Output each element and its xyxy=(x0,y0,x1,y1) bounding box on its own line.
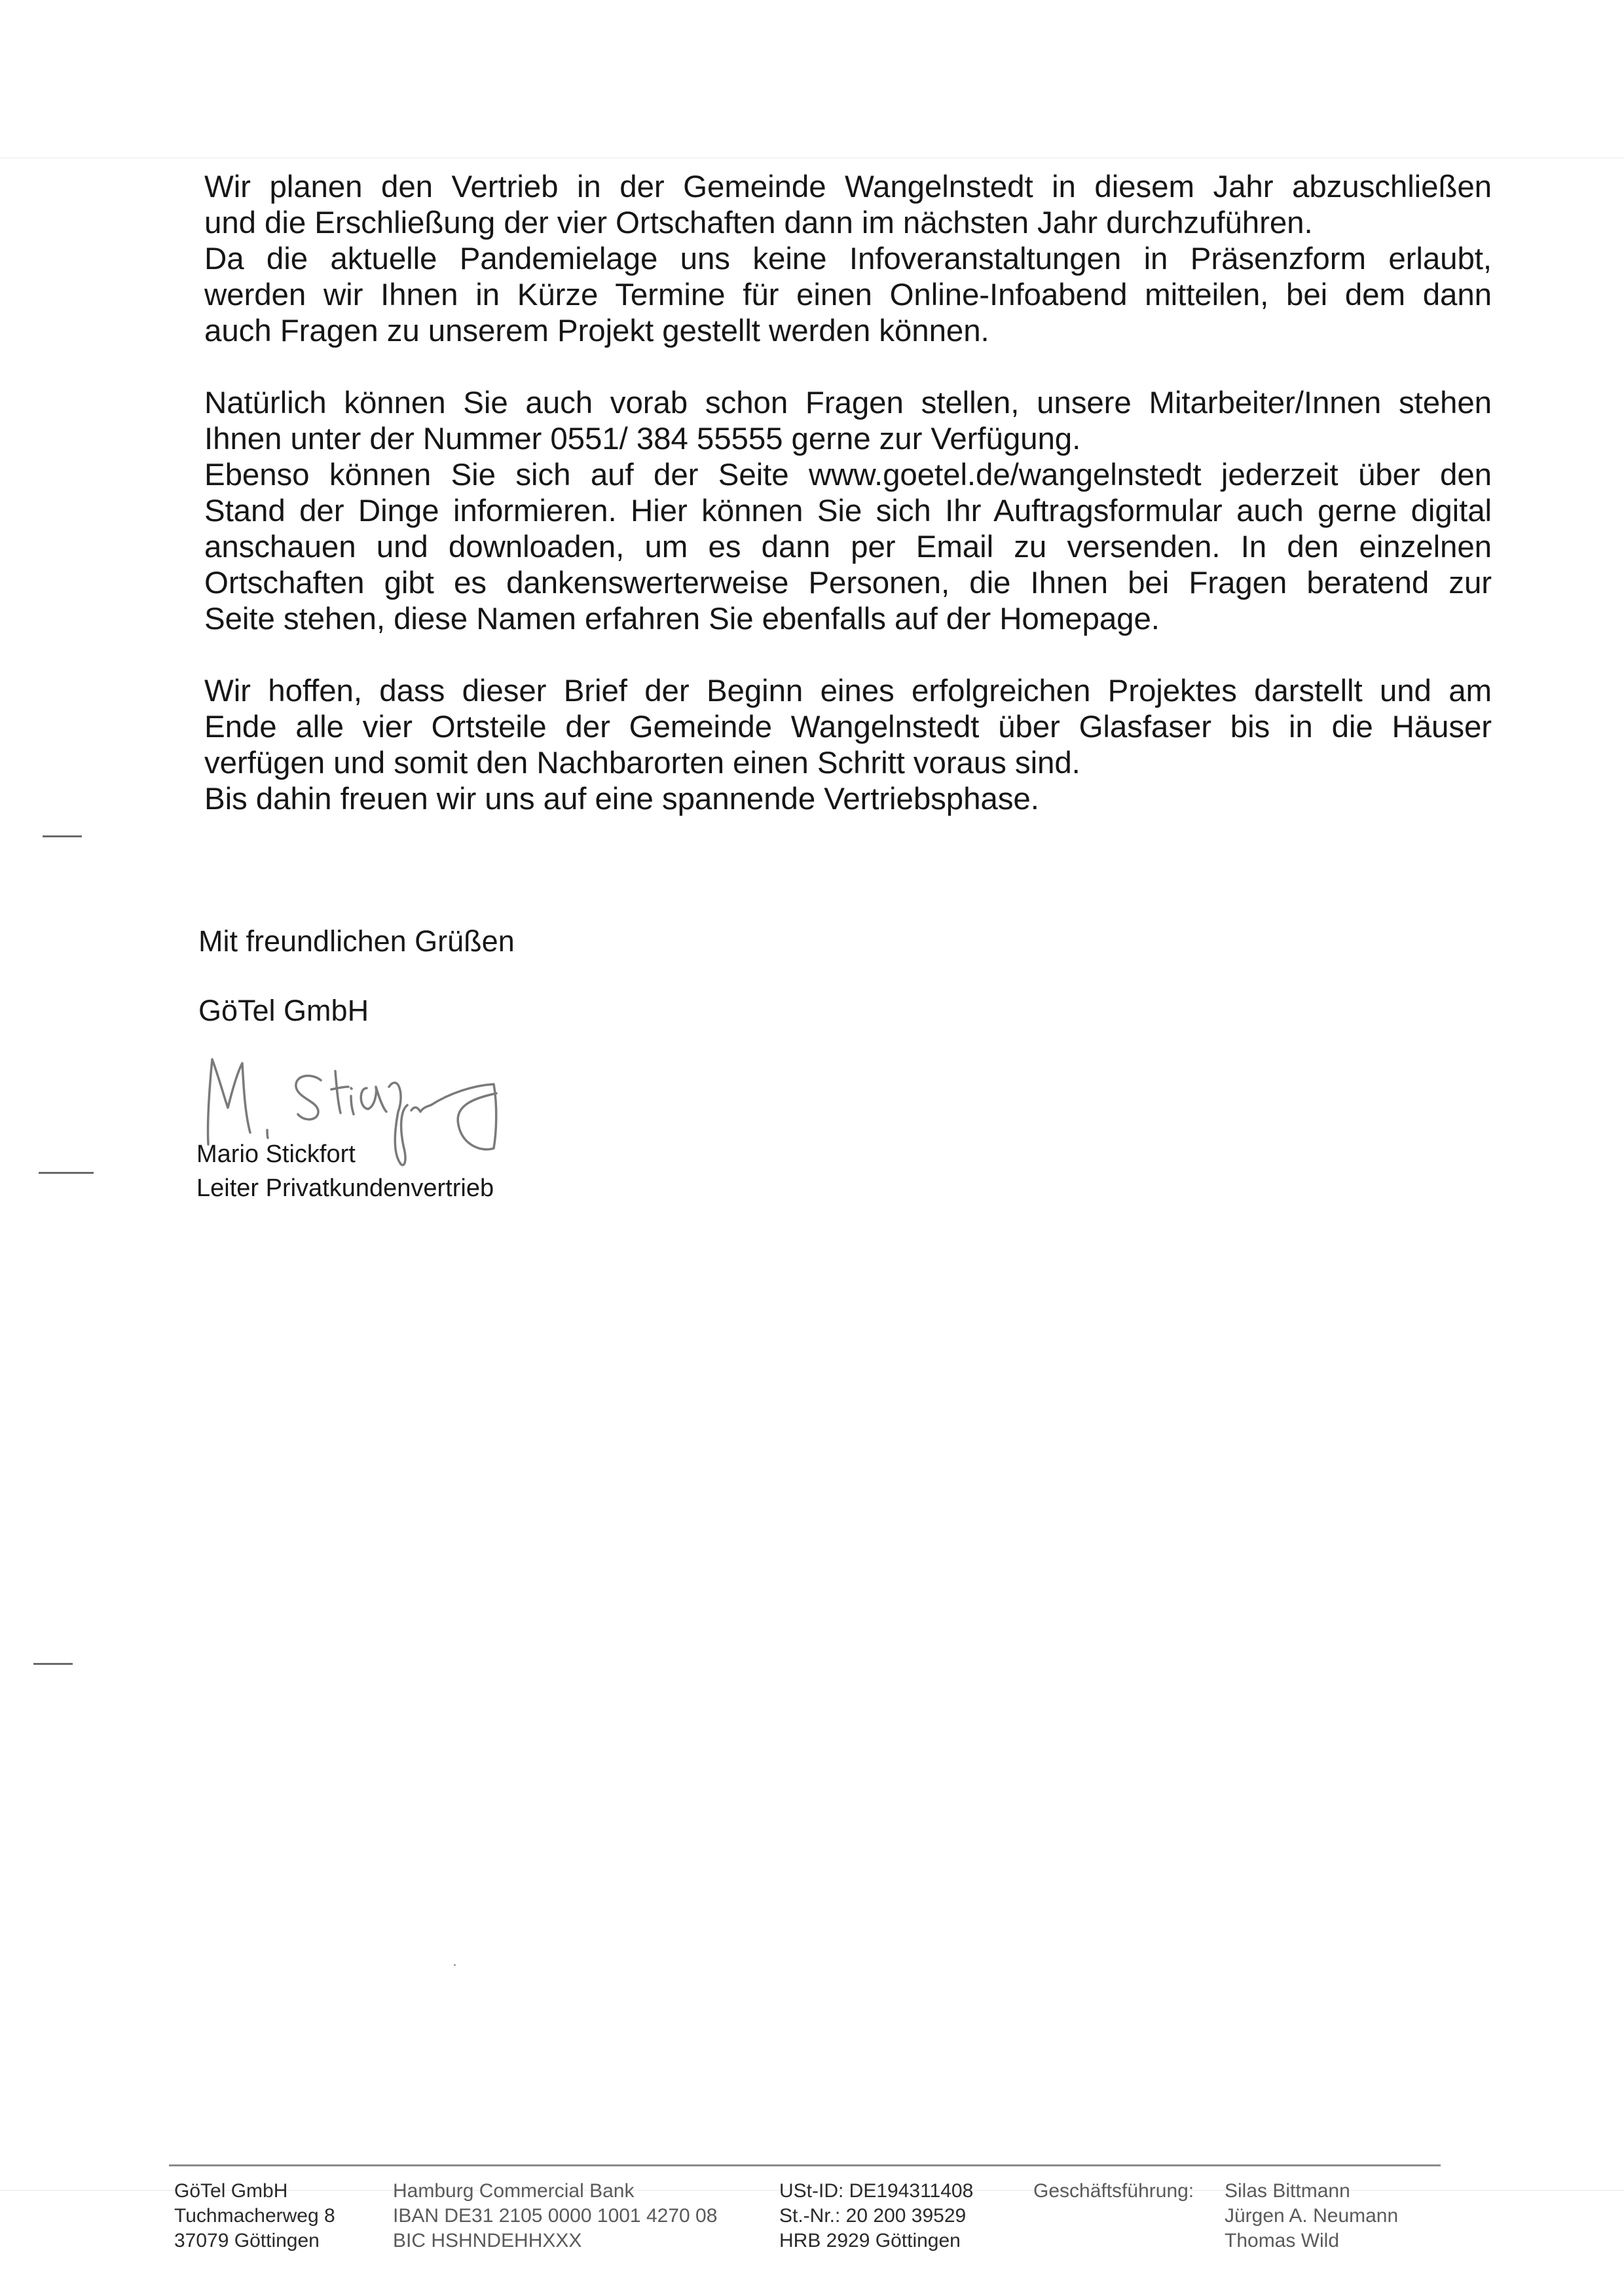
text-line: Ebenso können Sie sich auf der Seite www… xyxy=(204,457,1492,493)
signer-name: Mario Stickfort xyxy=(196,1140,356,1169)
footer-management-label: Geschäftsführung: xyxy=(1033,2179,1194,2204)
footer-bank-details: Hamburg Commercial Bank IBAN DE31 2105 0… xyxy=(393,2179,717,2253)
footer-street: Tuchmacherweg 8 xyxy=(174,2204,335,2229)
text-line: auch Fragen zu unserem Projekt gestellt … xyxy=(204,313,1492,349)
footer-management: Silas Bittmann Jürgen A. Neumann Thomas … xyxy=(1225,2179,1398,2253)
text-line: anschauen und downloaden, um es dann per… xyxy=(204,529,1492,565)
text-line: und die Erschließung der vier Ortschafte… xyxy=(204,205,1492,241)
manager-name: Silas Bittmann xyxy=(1225,2179,1398,2204)
paragraph-1: Wir planen den Vertrieb in der Gemeinde … xyxy=(204,169,1492,349)
paragraph-3: Wir hoffen, dass dieser Brief der Beginn… xyxy=(204,673,1492,817)
text-line: Stand der Dinge informieren. Hier können… xyxy=(204,493,1492,529)
text-line: Ende alle vier Ortsteile der Gemeinde Wa… xyxy=(204,709,1492,745)
closing-salutation: Mit freundlichen Grüßen xyxy=(198,924,515,958)
manager-name: Jürgen A. Neumann xyxy=(1225,2204,1398,2229)
text-line: verfügen und somit den Nachbarorten eine… xyxy=(204,745,1492,781)
scan-speck xyxy=(454,1964,456,1966)
footer-city: 37079 Göttingen xyxy=(174,2229,335,2253)
footer-registry: USt-ID: DE194311408 St.-Nr.: 20 200 3952… xyxy=(779,2179,973,2253)
footer-tax-number: St.-Nr.: 20 200 39529 xyxy=(779,2204,973,2229)
signer-title: Leiter Privatkundenvertrieb xyxy=(196,1175,494,1203)
text-line: Ihnen unter der Nummer 0551/ 384 55555 g… xyxy=(204,421,1492,457)
fold-mark-top xyxy=(43,835,82,837)
fold-mark-middle xyxy=(39,1172,94,1174)
text-line: Bis dahin freuen wir uns auf eine spanne… xyxy=(204,781,1492,817)
text-line: Wir planen den Vertrieb in der Gemeinde … xyxy=(204,169,1492,205)
footer-company-name: GöTel GmbH xyxy=(174,2179,335,2204)
footer-vat-id: USt-ID: DE194311408 xyxy=(779,2179,973,2204)
text-line: werden wir Ihnen in Kürze Termine für ei… xyxy=(204,277,1492,313)
footer-divider xyxy=(169,2164,1441,2166)
company-name: GöTel GmbH xyxy=(198,994,369,1028)
manager-name: Thomas Wild xyxy=(1225,2229,1398,2253)
text-line: Natürlich können Sie auch vorab schon Fr… xyxy=(204,385,1492,421)
fold-mark-bottom xyxy=(33,1663,73,1665)
text-line: Ortschaften gibt es dankenswerterweise P… xyxy=(204,565,1492,601)
text-line: Seite stehen, diese Namen erfahren Sie e… xyxy=(204,601,1492,637)
paragraph-2: Natürlich können Sie auch vorab schon Fr… xyxy=(204,385,1492,637)
text-line: Wir hoffen, dass dieser Brief der Beginn… xyxy=(204,673,1492,709)
footer-company-address: GöTel GmbH Tuchmacherweg 8 37079 Götting… xyxy=(174,2179,335,2253)
footer-trade-register: HRB 2929 Göttingen xyxy=(779,2229,973,2253)
letter-body: Wir planen den Vertrieb in der Gemeinde … xyxy=(204,169,1492,817)
footer-bic: BIC HSHNDEHHXXX xyxy=(393,2229,717,2253)
scan-edge-line xyxy=(0,157,1624,158)
management-label: Geschäftsführung: xyxy=(1033,2179,1194,2204)
text-line: Da die aktuelle Pandemielage uns keine I… xyxy=(204,241,1492,277)
footer-bank-name: Hamburg Commercial Bank xyxy=(393,2179,717,2204)
footer-iban: IBAN DE31 2105 0000 1001 4270 08 xyxy=(393,2204,717,2229)
